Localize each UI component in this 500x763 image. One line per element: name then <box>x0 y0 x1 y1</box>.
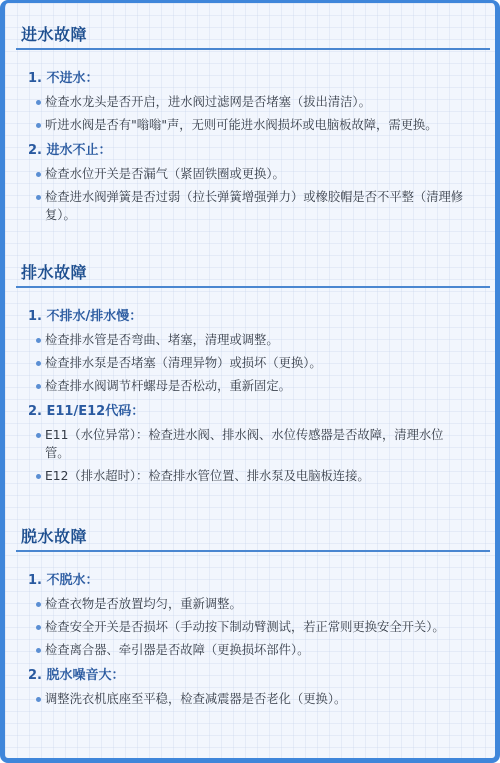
item-text: E11（水位异常）：检查进水阀、排水阀、水位传感器是否故障，清理水位管。 <box>45 428 443 460</box>
item-text: 听进水阀是否有"嗡嗡"声，无则可能进水阀损坏或电脑板故障，需更换。 <box>45 118 438 132</box>
list-item: 检查排水阀调节杆螺母是否松动，重新固定。 <box>16 377 490 395</box>
bullet-icon <box>36 195 41 200</box>
bullet-list: 调整洗衣机底座至平稳，检查减震器是否老化（更换）。 <box>16 690 490 708</box>
subheading: 1. 不脱水： <box>16 570 490 592</box>
item-text: 检查水位开关是否漏气（紧固铁圈或更换）。 <box>45 167 285 181</box>
item-text: E12（排水超时）：检查排水管位置、排水泵及电脑板连接。 <box>45 469 370 483</box>
subheading: 2. E11/E12代码： <box>16 401 490 423</box>
item-text: 检查排水管是否弯曲、堵塞，清理或调整。 <box>45 333 279 347</box>
bullet-icon <box>36 123 41 128</box>
list-item: E12（排水超时）：检查排水管位置、排水泵及电脑板连接。 <box>16 467 490 485</box>
bullet-icon <box>36 625 41 630</box>
section-water-inlet: 进水故障 1. 不进水： 检查水龙头是否开启，进水阀过滤网是否堵塞（拔出清洁）。… <box>16 22 490 229</box>
item-text: 检查进水阀弹簧是否过弱（拉长弹簧增强弹力）或橡胶帽是否不平整（清理修复）。 <box>45 190 463 222</box>
bullet-list: 检查排水管是否弯曲、堵塞，清理或调整。 检查排水泵是否堵塞（清理异物）或损坏（更… <box>16 331 490 395</box>
bullet-icon <box>36 602 41 607</box>
item-text: 检查安全开关是否损坏（手动按下制动臂测试，若正常则更换安全开关）。 <box>45 620 445 634</box>
bullet-list: 检查水龙头是否开启，进水阀过滤网是否堵塞（拔出清洁）。 听进水阀是否有"嗡嗡"声… <box>16 93 490 134</box>
bullet-icon <box>36 697 41 702</box>
item-text: 检查水龙头是否开启，进水阀过滤网是否堵塞（拔出清洁）。 <box>45 95 371 109</box>
list-item: 检查进水阀弹簧是否过弱（拉长弹簧增强弹力）或橡胶帽是否不平整（清理修复）。 <box>16 188 490 224</box>
list-item: 检查水位开关是否漏气（紧固铁圈或更换）。 <box>16 165 490 183</box>
subheading: 2. 脱水噪音大： <box>16 665 490 687</box>
list-item: 检查安全开关是否损坏（手动按下制动臂测试，若正常则更换安全开关）。 <box>16 618 490 636</box>
item-text: 检查排水泵是否堵塞（清理异物）或损坏（更换）。 <box>45 356 322 370</box>
bullet-icon <box>36 474 41 479</box>
bullet-list: 检查水位开关是否漏气（紧固铁圈或更换）。 检查进水阀弹簧是否过弱（拉长弹簧增强弹… <box>16 165 490 224</box>
bullet-icon <box>36 338 41 343</box>
list-item: 检查离合器、牵引器是否故障（更换损坏部件）。 <box>16 641 490 659</box>
section-title: 进水故障 <box>16 22 490 50</box>
list-item: 检查排水泵是否堵塞（清理异物）或损坏（更换）。 <box>16 354 490 372</box>
section-title: 排水故障 <box>16 260 490 288</box>
bullet-icon <box>36 361 41 366</box>
bullet-list: 检查衣物是否放置均匀，重新调整。 检查安全开关是否损坏（手动按下制动臂测试，若正… <box>16 595 490 659</box>
section-title: 脱水故障 <box>16 524 490 552</box>
section-drainage: 排水故障 1. 不排水/排水慢： 检查排水管是否弯曲、堵塞，清理或调整。 检查排… <box>16 260 490 490</box>
subheading: 1. 不排水/排水慢： <box>16 306 490 328</box>
bullet-icon <box>36 433 41 438</box>
bullet-icon <box>36 100 41 105</box>
list-item: 检查排水管是否弯曲、堵塞，清理或调整。 <box>16 331 490 349</box>
bullet-list: E11（水位异常）：检查进水阀、排水阀、水位传感器是否故障，清理水位管。 E12… <box>16 426 490 485</box>
subheading: 1. 不进水： <box>16 68 490 90</box>
bullet-icon <box>36 648 41 653</box>
list-item: 调整洗衣机底座至平稳，检查减震器是否老化（更换）。 <box>16 690 490 708</box>
item-text: 检查排水阀调节杆螺母是否松动，重新固定。 <box>45 379 291 393</box>
list-item: E11（水位异常）：检查进水阀、排水阀、水位传感器是否故障，清理水位管。 <box>16 426 490 462</box>
item-text: 调整洗衣机底座至平稳，检查减震器是否老化（更换）。 <box>45 692 346 706</box>
document-frame: 进水故障 1. 不进水： 检查水龙头是否开启，进水阀过滤网是否堵塞（拔出清洁）。… <box>0 0 500 763</box>
section-spin: 脱水故障 1. 不脱水： 检查衣物是否放置均匀，重新调整。 检查安全开关是否损坏… <box>16 524 490 713</box>
bullet-icon <box>36 384 41 389</box>
list-item: 检查衣物是否放置均匀，重新调整。 <box>16 595 490 613</box>
subheading: 2. 进水不止： <box>16 140 490 162</box>
item-text: 检查衣物是否放置均匀，重新调整。 <box>45 597 242 611</box>
item-text: 检查离合器、牵引器是否故障（更换损坏部件）。 <box>45 643 309 657</box>
list-item: 检查水龙头是否开启，进水阀过滤网是否堵塞（拔出清洁）。 <box>16 93 490 111</box>
list-item: 听进水阀是否有"嗡嗡"声，无则可能进水阀损坏或电脑板故障，需更换。 <box>16 116 490 134</box>
bullet-icon <box>36 172 41 177</box>
